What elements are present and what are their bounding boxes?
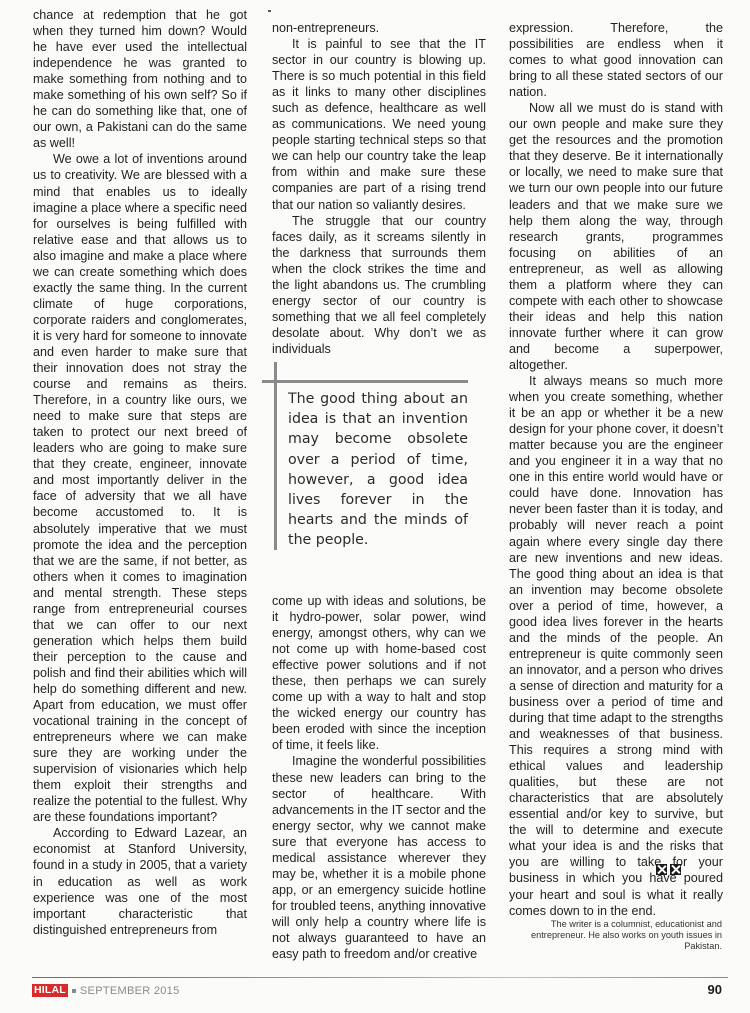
paragraph: non-entrepreneurs.: [272, 20, 486, 36]
pull-quote-vertical-rule: [274, 362, 277, 550]
separator-icon: [72, 989, 76, 993]
pull-quote-horizontal-rule: [262, 380, 468, 383]
column-marker: [268, 10, 271, 12]
paragraph: come up with ideas and solutions, be it …: [272, 593, 486, 753]
article-end-marks: [656, 864, 681, 875]
end-mark-icon: [656, 864, 667, 875]
article-column-2-top: non-entrepreneurs. It is painful to see …: [272, 20, 486, 357]
paragraph: According to Edward Lazear, an economist…: [33, 825, 247, 937]
end-mark-icon: [670, 864, 681, 875]
article-column-2-bottom: come up with ideas and solutions, be it …: [272, 593, 486, 962]
article-column-3: expression. Therefore, the possibilities…: [509, 20, 723, 919]
footer-masthead: HILAL SEPTEMBER 2015: [32, 984, 180, 997]
brand-logo: HILAL: [32, 984, 68, 997]
page-number: 90: [708, 982, 722, 997]
article-column-1: chance at redemption that he got when th…: [33, 7, 247, 938]
paragraph: Now all we must do is stand with our own…: [509, 100, 723, 373]
issue-date: SEPTEMBER 2015: [80, 985, 180, 997]
paragraph: Imagine the wonderful possibilities thes…: [272, 753, 486, 962]
pull-quote-text: The good thing about an idea is that an …: [288, 389, 468, 551]
paragraph: chance at redemption that he got when th…: [33, 7, 247, 151]
pull-quote: The good thing about an idea is that an …: [262, 362, 480, 552]
paragraph: The struggle that our country faces dail…: [272, 213, 486, 357]
paragraph: It always means so much more when you cr…: [509, 373, 723, 919]
paragraph: expression. Therefore, the possibilities…: [509, 20, 723, 100]
paragraph: We owe a lot of inventions around us to …: [33, 151, 247, 825]
author-bio: The writer is a columnist, educationist …: [528, 919, 722, 953]
paragraph: It is painful to see that the IT sector …: [272, 36, 486, 213]
footer-rule: [32, 977, 728, 978]
